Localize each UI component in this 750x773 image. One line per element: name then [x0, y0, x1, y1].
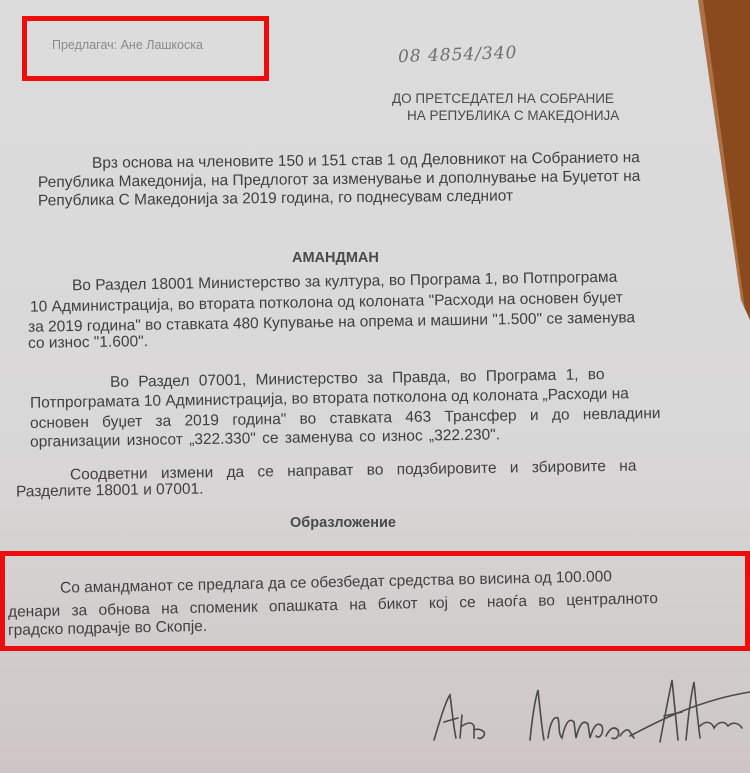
- adjustment-line: Разделите 18001 и 07001.: [16, 481, 204, 502]
- justification-title: Образложение: [290, 515, 396, 531]
- amendment-1-line: со износ "1.600".: [28, 333, 148, 353]
- amendment-title: АМАНДМАН: [292, 250, 379, 266]
- addressee-line-2: НА РЕПУБЛИКА С МАКЕДОНИЈА: [407, 107, 619, 124]
- intro-line: Република С Македонија за 2019 година, г…: [38, 188, 513, 211]
- addressee-line-1: ДО ПРЕТСЕДАТЕЛ НА СОБРАНИЕ: [392, 90, 614, 107]
- handwritten-signature: [420, 660, 750, 760]
- registration-number: 08 4854/340: [398, 43, 518, 67]
- proposer-line: Предлагач: Ане Лашкоска: [52, 38, 203, 52]
